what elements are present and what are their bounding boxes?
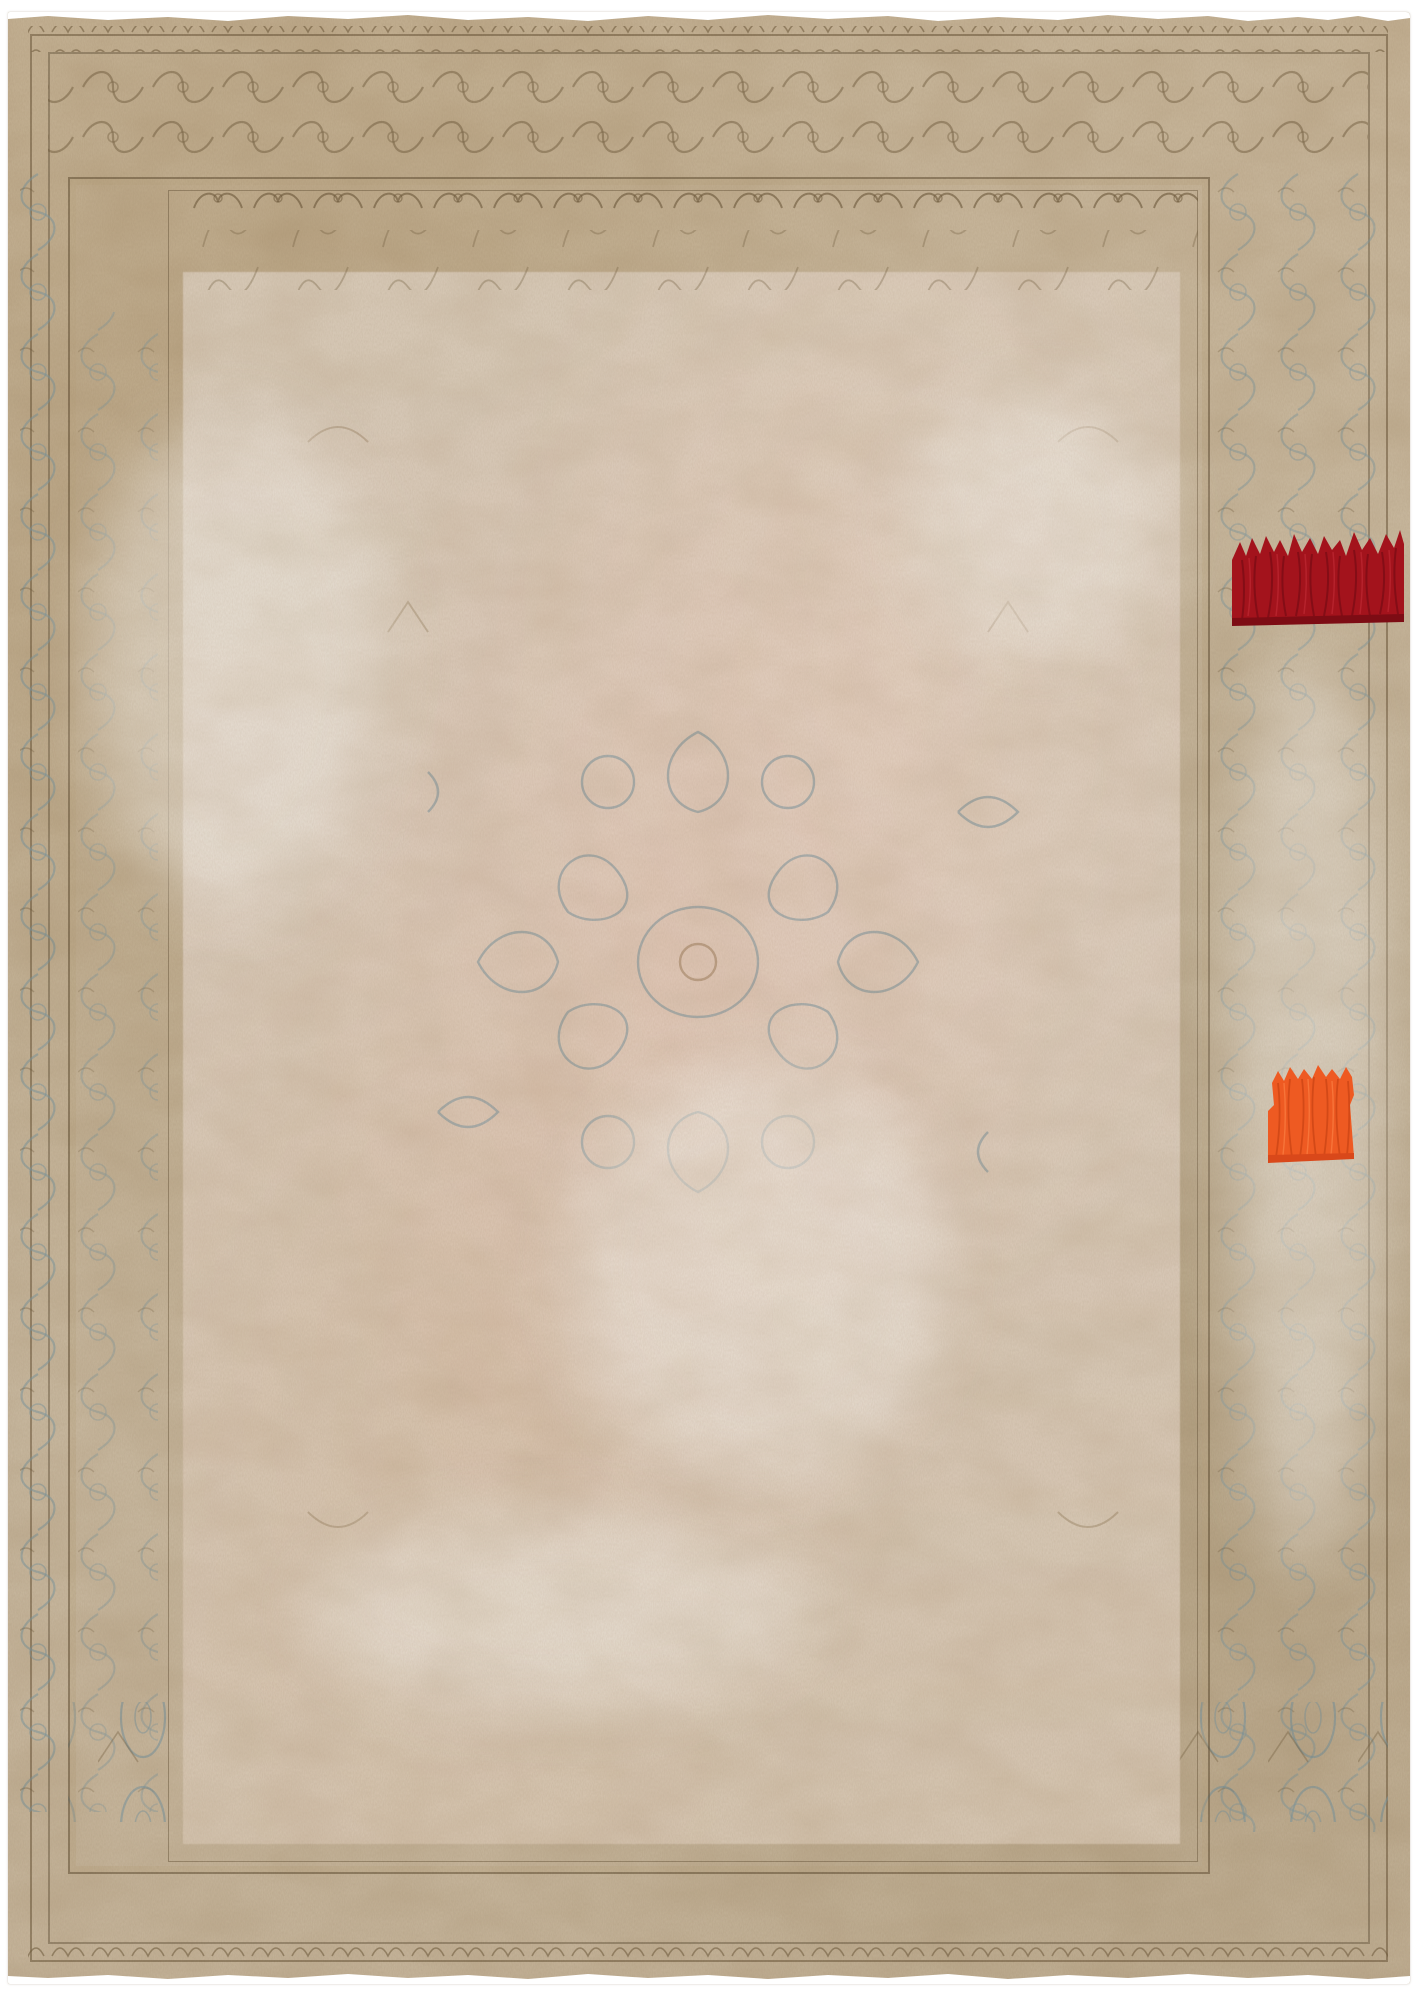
red-shag-patch <box>1232 530 1404 630</box>
rug-top-edge <box>8 12 1410 26</box>
orange-shag-patch <box>1268 1065 1356 1165</box>
woven-texture <box>8 12 1410 1984</box>
rug <box>8 12 1410 1984</box>
photo-canvas <box>0 0 1422 2000</box>
rug-bottom-edge <box>8 1970 1410 1984</box>
